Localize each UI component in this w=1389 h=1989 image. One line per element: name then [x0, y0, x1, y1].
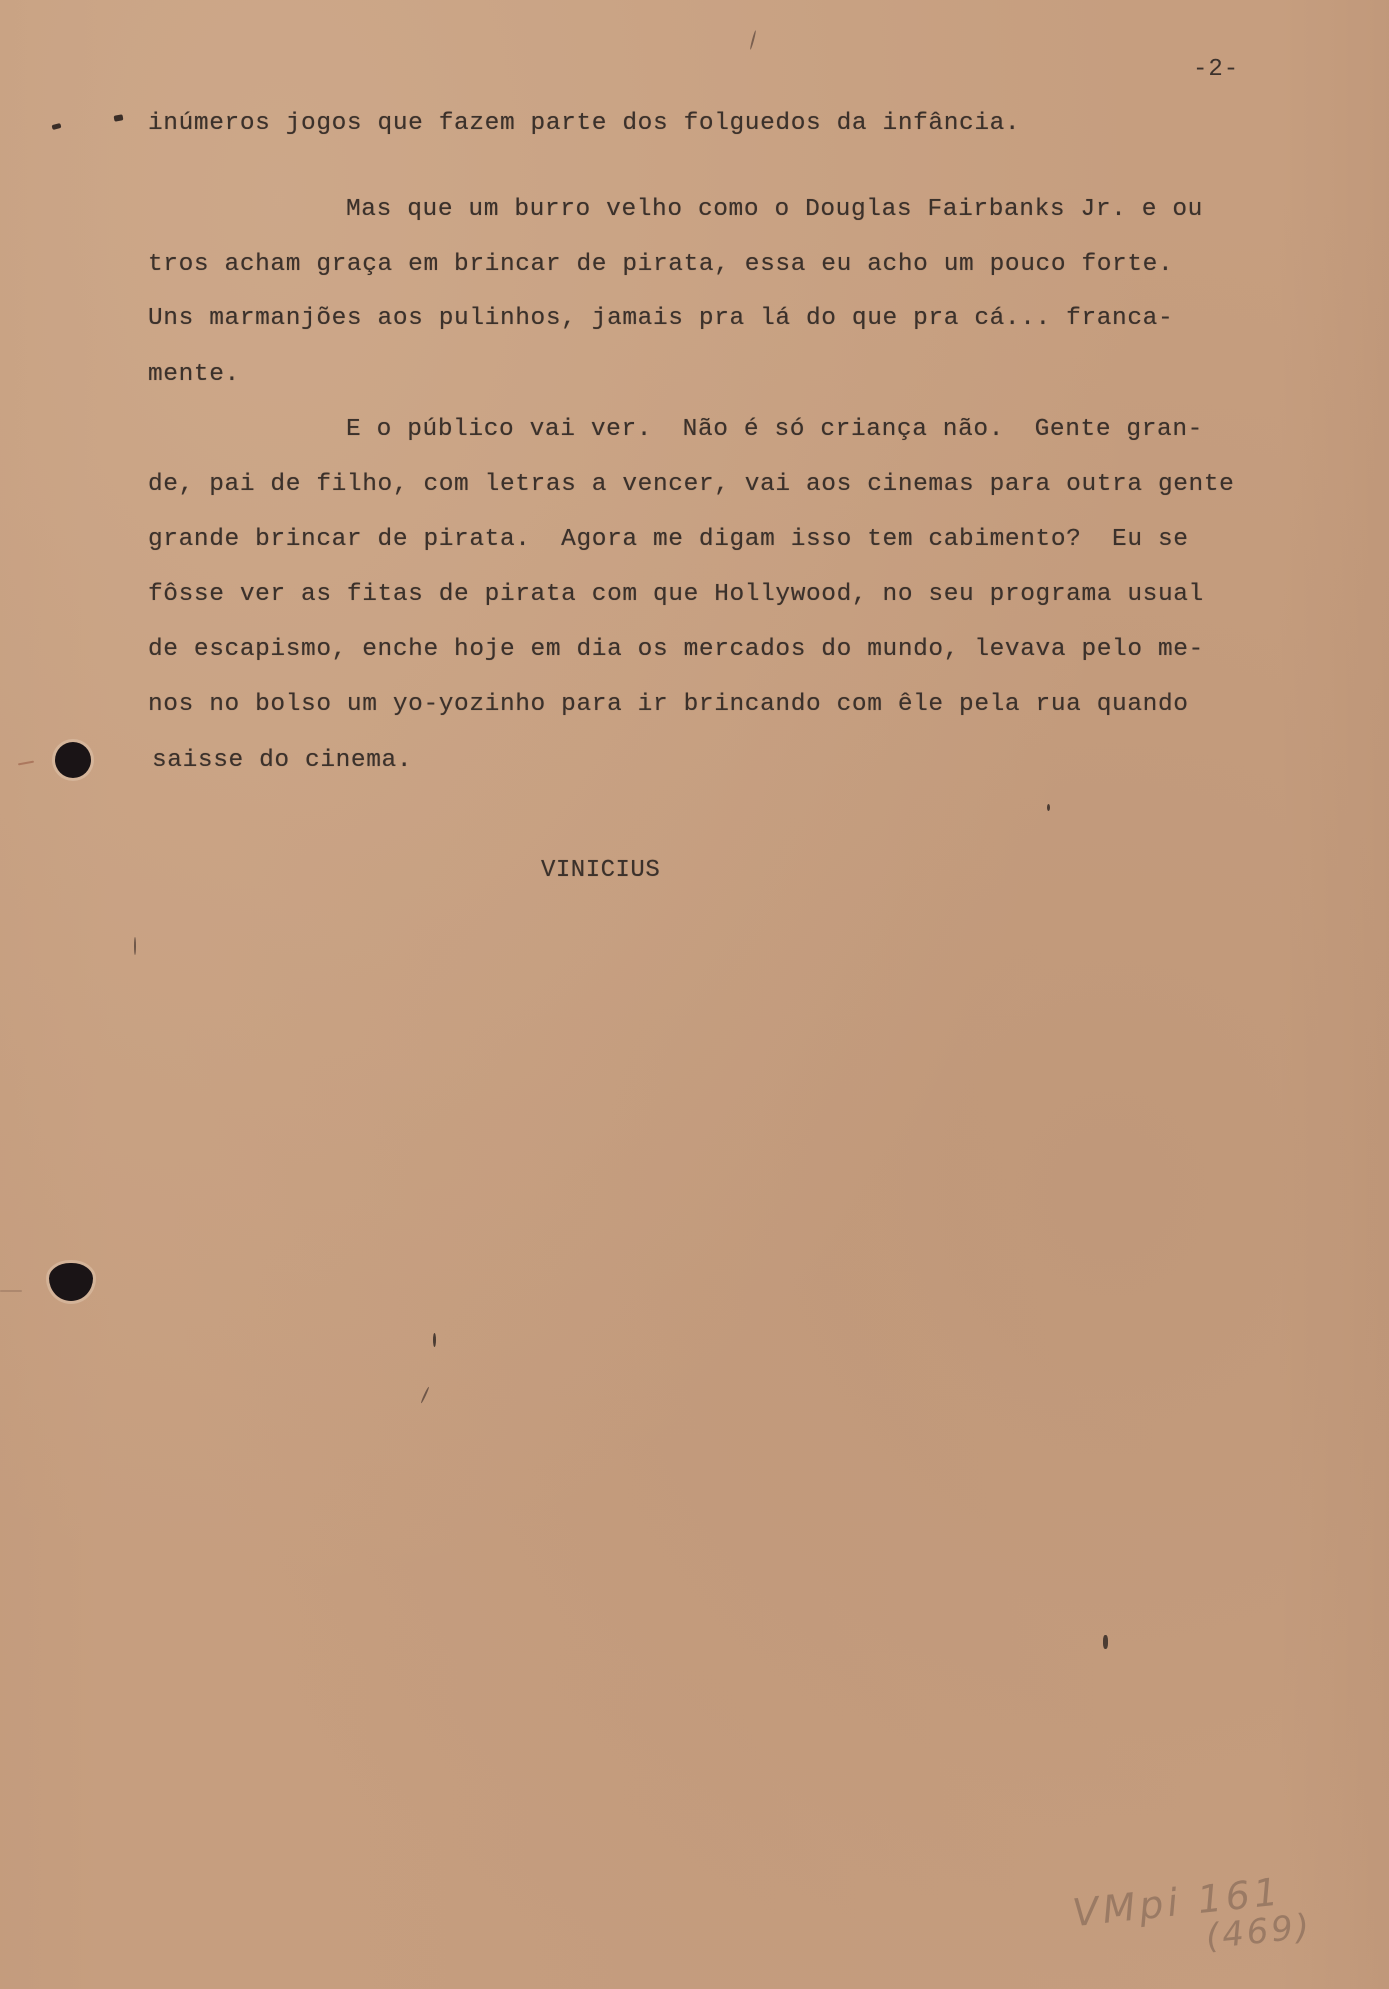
- paper-speck: [420, 1386, 429, 1403]
- text-line: fôsse ver as fitas de pirata com que Hol…: [148, 581, 1204, 608]
- text-line: mente.: [148, 361, 240, 388]
- text-line: de, pai de filho, com letras a vencer, v…: [148, 471, 1234, 498]
- signature: VINICIUS: [541, 857, 660, 884]
- paper-speck: [1047, 804, 1050, 811]
- ink-mark: [18, 761, 34, 766]
- ink-mark: [0, 1290, 22, 1292]
- ink-mark: [114, 114, 124, 121]
- paper-speck: [433, 1333, 436, 1347]
- paper-speck: [134, 937, 136, 955]
- paper-speck: [1103, 1635, 1108, 1649]
- punch-hole-icon: [49, 1263, 93, 1301]
- paper-speck: [749, 30, 756, 50]
- text-line: Uns marmanjões aos pulinhos, jamais pra …: [148, 305, 1173, 332]
- scanned-document-page: -2- inúmeros jogos que fazem parte dos f…: [0, 0, 1389, 1989]
- text-line: tros acham graça em brincar de pirata, e…: [148, 251, 1173, 278]
- text-line: saisse do cinema.: [152, 747, 412, 774]
- punch-hole-icon: [55, 742, 91, 778]
- text-line: inúmeros jogos que fazem parte dos folgu…: [148, 110, 1020, 137]
- page-number: -2-: [1193, 56, 1239, 83]
- text-line: E o público vai ver. Não é só criança nã…: [346, 416, 1203, 443]
- text-line: nos no bolso um yo-yozinho para ir brinc…: [148, 691, 1189, 718]
- ink-mark: [52, 123, 62, 130]
- text-line: grande brincar de pirata. Agora me digam…: [148, 526, 1189, 553]
- text-line: de escapismo, enche hoje em dia os merca…: [148, 636, 1204, 663]
- handwritten-archive-note: VMpi 161 (469): [1071, 1866, 1349, 1989]
- text-line: Mas que um burro velho como o Douglas Fa…: [346, 196, 1203, 223]
